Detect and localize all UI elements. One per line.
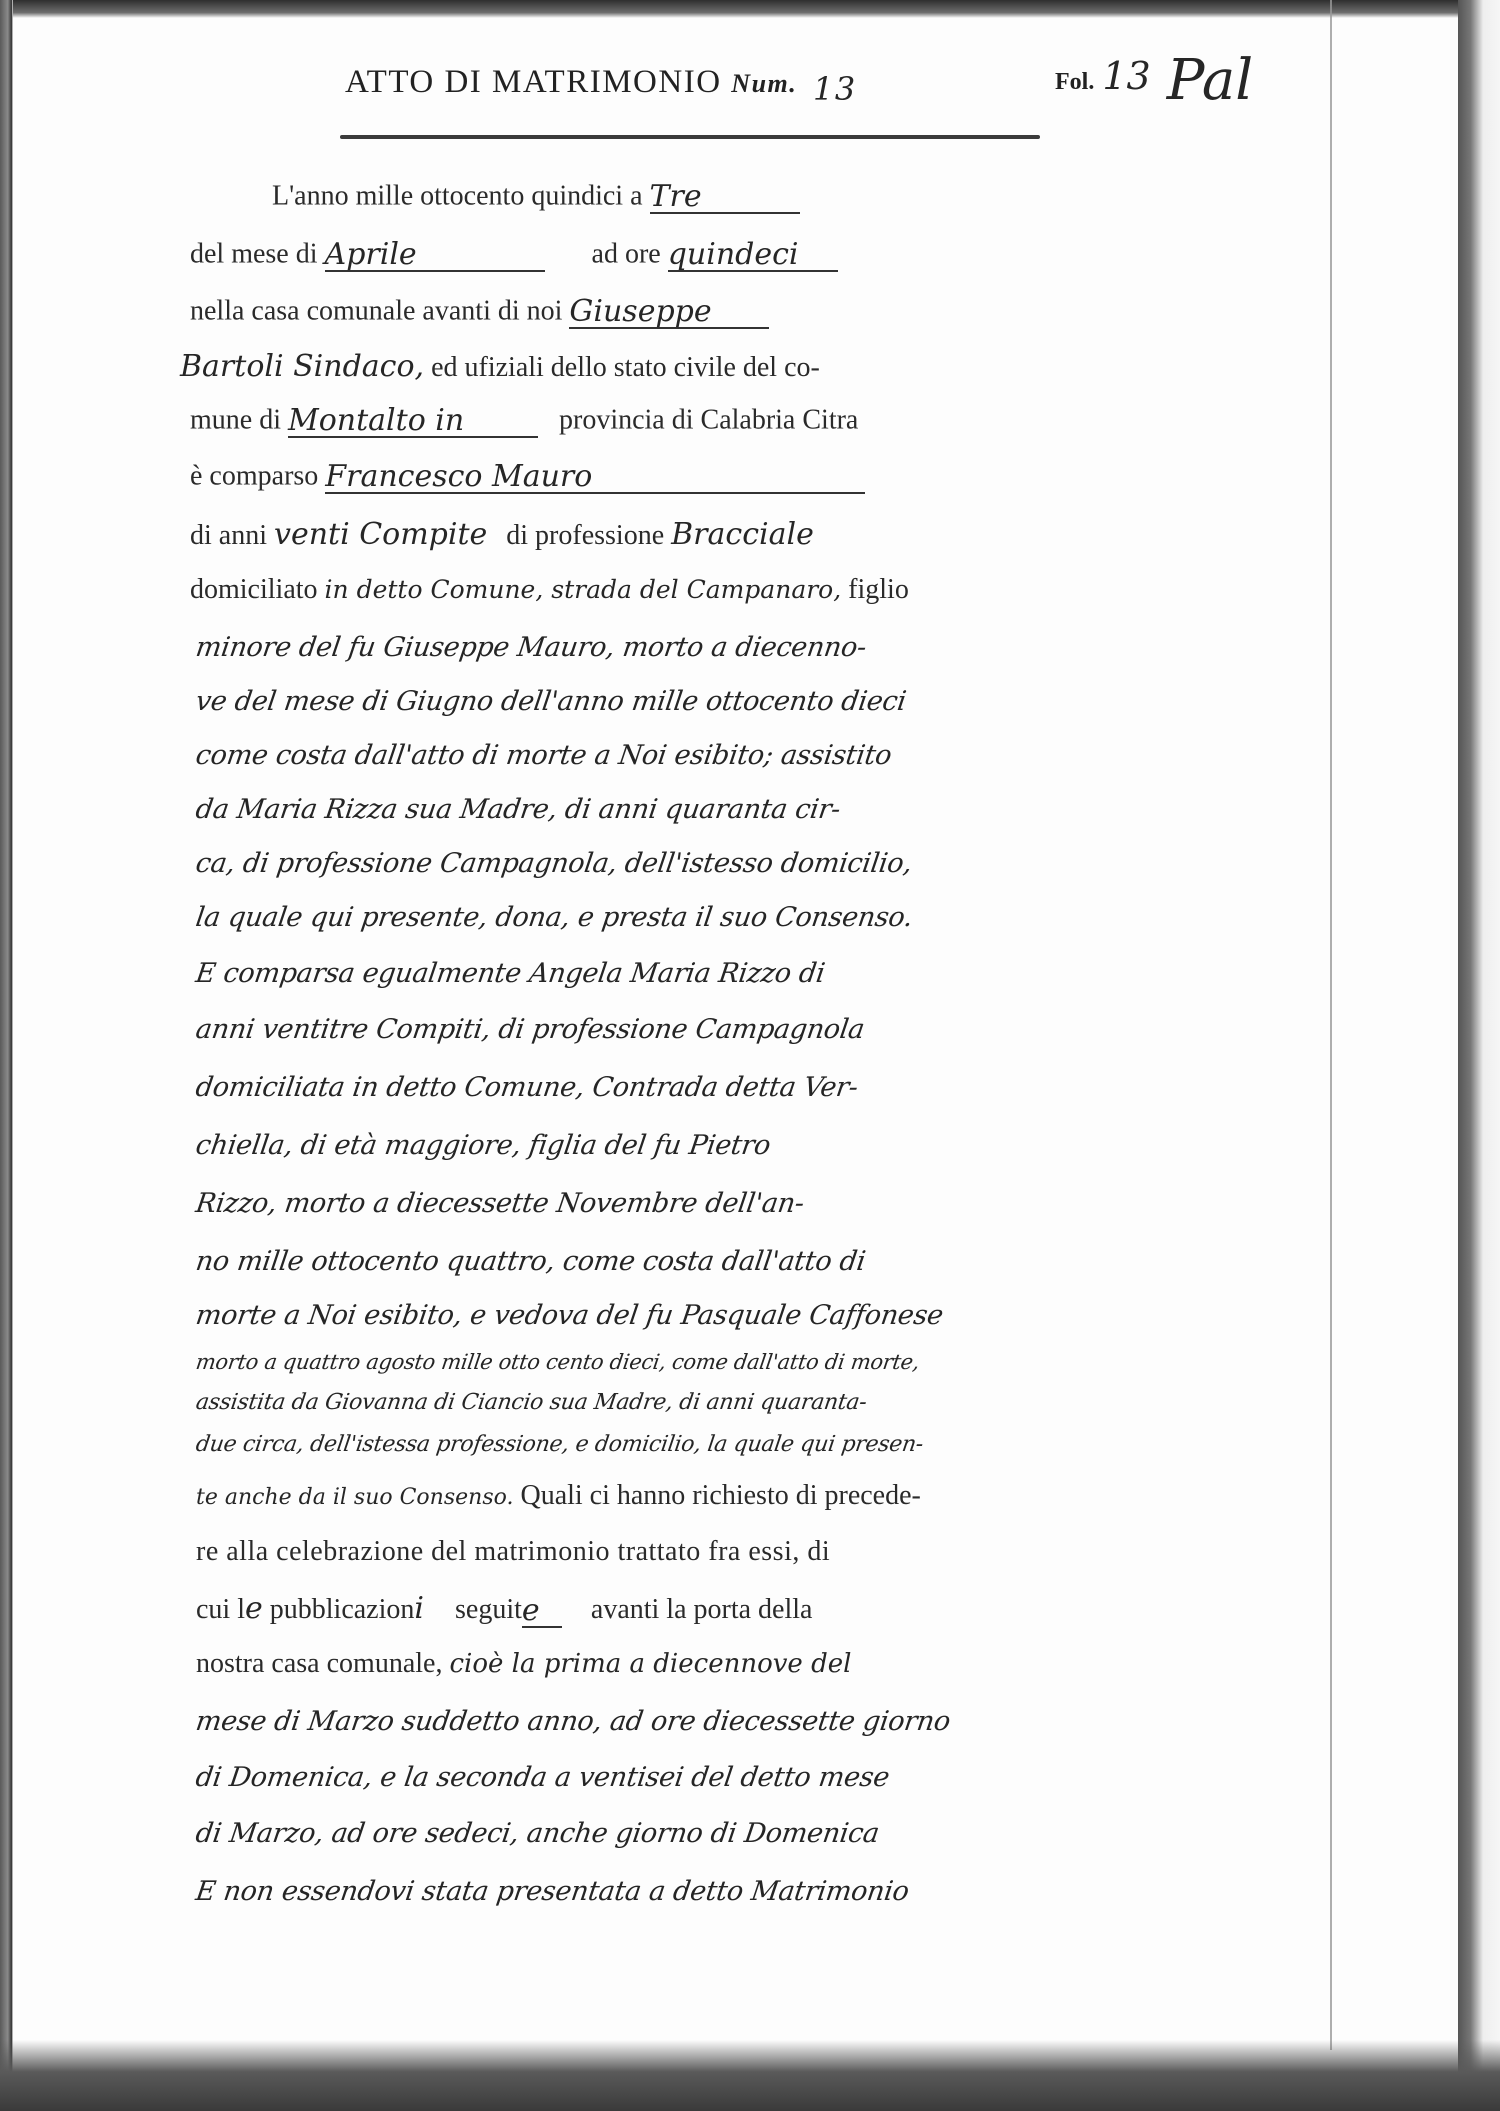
form-line-11: cui le pubblicazioni seguite avanti la p… — [196, 1594, 812, 1628]
folio-initials: Pal — [1167, 48, 1253, 113]
form-line-1: L'anno mille ottocento quindici a Tre — [272, 182, 800, 214]
printed-text: provincia di Calabria Citra — [559, 404, 858, 435]
printed-text: ed ufiziali dello stato civile del co- — [431, 352, 820, 383]
manuscript-line: minore del fu Giuseppe Mauro, morto a di… — [194, 632, 868, 663]
title-divider — [340, 135, 1040, 139]
folio-annotation: Fol. 13 Pal — [1055, 38, 1253, 103]
form-line-5: mune di Montalto in provincia di Calabri… — [190, 406, 858, 438]
manuscript-line: Rizzo, morto a diecessette Novembre dell… — [194, 1188, 806, 1219]
printed-text: re alla celebrazione del matrimonio trat… — [196, 1536, 830, 1567]
printed-text: L'anno mille ottocento quindici a — [272, 180, 643, 211]
manuscript-line: morto a quattro agosto mille otto cento … — [194, 1350, 921, 1374]
form-line-9: te anche da il suo Consenso. Quali ci ha… — [196, 1482, 921, 1510]
filled-groom-residence: in detto Comune, strada del Campanaro, — [325, 575, 842, 604]
filled-first-publication: cioè la prima a diecennove del — [449, 1649, 851, 1679]
manuscript-line: anni ventitre Compiti, di professione Ca… — [194, 1014, 866, 1045]
title-text: ATTO DI MATRIMONIO — [345, 64, 722, 100]
filled-suffix: e — [522, 1596, 562, 1628]
printed-text: mune di — [190, 404, 281, 435]
manuscript-line: la quale qui presente, dona, e presta il… — [194, 902, 915, 933]
printed-text: domiciliato — [190, 574, 318, 605]
printed-text: nella casa comunale avanti di noi — [190, 295, 562, 326]
manuscript-line: di Domenica, e la seconda a ventisei del… — [194, 1762, 891, 1793]
filled-hour: quindeci — [668, 240, 838, 272]
record-number: 13 — [813, 70, 857, 108]
page-title: ATTO DI MATRIMONIO Num. 13 — [345, 62, 857, 101]
manuscript-line: mese di Marzo suddetto anno, ad ore diec… — [194, 1706, 952, 1737]
printed-text: pubblicazion — [270, 1594, 415, 1625]
printed-text: seguit — [455, 1594, 522, 1625]
folio-number: 13 — [1102, 54, 1150, 98]
filled-consent: te anche da il suo Consenso. — [196, 1485, 513, 1510]
form-line-4: Bartoli Sindaco, ed ufiziali dello stato… — [180, 352, 820, 382]
manuscript-line: morte a Noi esibito, e vedova del fu Pas… — [194, 1300, 945, 1331]
filled-suffix: i — [414, 1591, 424, 1626]
scan-bottom-edge — [0, 2040, 1500, 2111]
printed-text: figlio — [848, 574, 909, 605]
form-line-6: è comparso Francesco Mauro — [190, 462, 865, 494]
filled-official-surname: Bartoli Sindaco, — [180, 349, 424, 384]
manuscript-line: di Marzo, ad ore sedeci, anche giorno di… — [194, 1818, 881, 1849]
manuscript-line: come costa dall'atto di morte a Noi esib… — [194, 740, 894, 771]
form-line-3: nella casa comunale avanti di noi Giusep… — [190, 297, 769, 329]
printed-text: nostra casa comunale, — [196, 1648, 442, 1679]
form-line-2: del mese di Aprile ad ore quindeci — [190, 240, 838, 272]
number-label: Num. — [731, 69, 797, 98]
folio-label: Fol. — [1055, 69, 1094, 95]
printed-text: di anni — [190, 520, 267, 551]
printed-text: ad ore — [592, 238, 661, 269]
manuscript-line: E non essendovi stata presentata a detto… — [194, 1876, 911, 1907]
filled-day: Tre — [650, 182, 800, 214]
manuscript-line: E comparsa egualmente Angela Maria Rizzo… — [194, 958, 827, 989]
form-line-10: re alla celebrazione del matrimonio trat… — [196, 1538, 830, 1566]
filled-groom-profession: Bracciale — [671, 517, 814, 552]
filled-official-first-name: Giuseppe — [569, 297, 769, 329]
scan-right-edge — [1458, 0, 1500, 2111]
filled-groom-age: venti Compite — [274, 517, 487, 552]
scan-top-edge — [0, 0, 1500, 18]
manuscript-line: due circa, dell'istessa professione, e d… — [194, 1432, 924, 1457]
printed-text: cui l — [196, 1594, 245, 1625]
filled-month: Aprile — [325, 240, 545, 272]
form-line-7: di anni venti Compite di professione Bra… — [190, 520, 814, 550]
scan-left-edge — [0, 0, 13, 2111]
manuscript-line: chiella, di età maggiore, figlia del fu … — [194, 1130, 773, 1161]
manuscript-line: domiciliata in detto Comune, Contrada de… — [194, 1072, 860, 1103]
printed-text: del mese di — [190, 238, 318, 269]
manuscript-line: ca, di professione Campagnola, dell'iste… — [194, 848, 914, 879]
printed-text: di professione — [506, 520, 664, 551]
printed-text: avanti la porta della — [591, 1594, 813, 1625]
form-line-12: nostra casa comunale, cioè la prima a di… — [196, 1650, 851, 1678]
margin-rule — [1330, 0, 1332, 2050]
filled-suffix: e — [245, 1591, 263, 1626]
form-line-8: domiciliato in detto Comune, strada del … — [190, 576, 909, 604]
printed-text: Quali ci hanno richiesto di precede- — [520, 1480, 920, 1511]
scanned-page: ATTO DI MATRIMONIO Num. 13 Fol. 13 Pal L… — [0, 0, 1500, 2111]
manuscript-line: da Maria Rizza sua Madre, di anni quaran… — [194, 794, 842, 825]
printed-text: è comparso — [190, 460, 318, 491]
manuscript-line: no mille ottocento quattro, come costa d… — [194, 1246, 867, 1277]
manuscript-line: assistita da Giovanna di Ciancio sua Mad… — [194, 1390, 868, 1415]
filled-groom-name: Francesco Mauro — [325, 462, 865, 494]
filled-comune: Montalto in — [288, 406, 538, 438]
manuscript-line: ve del mese di Giugno dell'anno mille ot… — [194, 686, 908, 717]
